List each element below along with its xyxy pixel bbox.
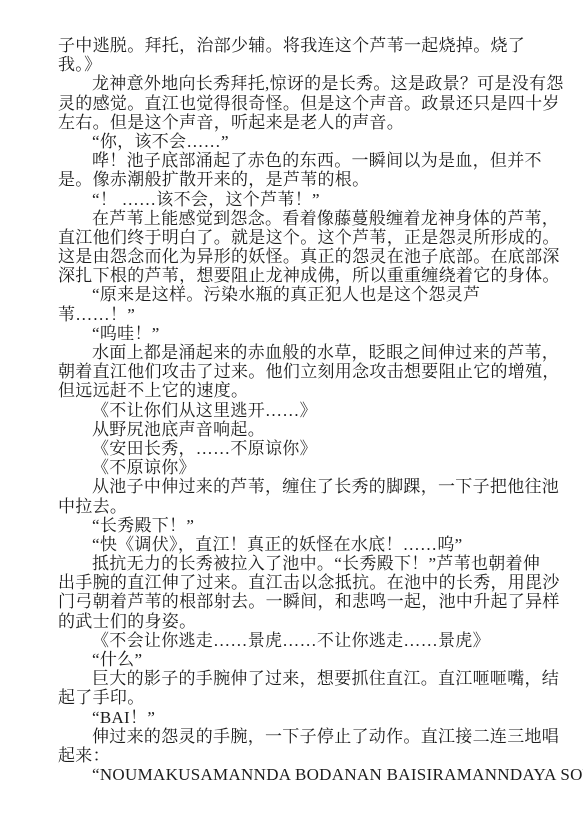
text-line: 直江他们终于明白了。就是这个。这个芦苇，正是怨灵所形成的。 [58,228,540,247]
text-line: 的武士们的身姿。 [58,612,540,631]
text-line: “！ ……该不会，这个芦苇！” [58,190,540,209]
text-line: 龙神意外地向长秀拜托,惊讶的是长秀。这是政景？可是没有怨 [58,74,540,93]
text-line: 水面上都是涌起来的赤血般的水草，眨眼之间伸过来的芦苇， [58,343,540,362]
text-line: 我。》 [58,55,540,74]
text-line: 这是由怨念而化为异形的妖怪。真正的怨灵在池子底部。在底部深 [58,247,540,266]
text-line: “原来是这样。污染水瓶的真正犯人也是这个怨灵芦 [58,285,540,304]
text-line: “你，该不会……” [58,132,540,151]
text-line: 抵抗无力的长秀被拉入了池中。“长秀殿下！”芦苇也朝着伸 [58,554,540,573]
text-line: 门弓朝着芦苇的根部射去。一瞬间，和悲鸣一起，池中升起了异样 [58,592,540,611]
text-line: 起来： [58,746,540,765]
text-line: 哗！池子底部涌起了赤色的东西。一瞬间以为是血，但并不 [58,151,540,170]
text-line: 是。像赤潮般扩散开来的，是芦苇的根。 [58,170,540,189]
text-line: 深扎下根的芦苇，想要阻止龙神成佛，所以重重缠绕着它的身体。 [58,266,540,285]
text-line: “什么” [58,650,540,669]
text-line: 从野尻池底声音响起。 [58,420,540,439]
text-line: “NOUMAKUSAMANNDA BODANAN BAISIRAMANNDAYA… [58,765,540,784]
text-line: 子中逃脱。拜托，治部少辅。将我连这个芦苇一起烧掉。烧了 [58,36,540,55]
text-line: 《不会让你逃走……景虎……不让你逃走……景虎》 [58,631,540,650]
text-line: 《不让你们从这里逃开……》 [58,401,540,420]
text-line: 起了手印。 [58,688,540,707]
text-line: 《安田长秀，……不原谅你》 [58,439,540,458]
text-line: 灵的感觉。直江也觉得很奇怪。但是这个声音。政景还只是四十岁 [58,94,540,113]
text-line: 但远远赶不上它的速度。 [58,381,540,400]
text-line: 在芦苇上能感觉到怨念。看着像藤蔓般缠着龙神身体的芦苇， [58,209,540,228]
text-line: 中拉去。 [58,497,540,516]
text-line: 巨大的影子的手腕伸了过来，想要抓住直江。直江咂咂嘴，结 [58,669,540,688]
text-line: 朝着直江他们攻击了过来。他们立刻用念攻击想要阻止它的增殖， [58,362,540,381]
story-text: 子中逃脱。拜托，治部少辅。将我连这个芦苇一起烧掉。烧了我。》龙神意外地向长秀拜托… [58,36,540,784]
text-line: 苇……！” [58,305,540,324]
text-line: “快《调伏》，直江！真正的妖怪在水底！……呜” [58,535,540,554]
text-line: 左右。但是这个声音，听起来是老人的声音。 [58,113,540,132]
text-line: “呜哇！” [58,324,540,343]
text-line: “长秀殿下！” [58,516,540,535]
text-line: 《不原谅你》 [58,458,540,477]
text-line: 出手腕的直江伸了过来。直江击以念抵抗。在池中的长秀，用毘沙 [58,573,540,592]
text-line: 伸过来的怨灵的手腕，一下子停止了动作。直江接二连三地唱 [58,727,540,746]
text-line: “BAI！” [58,708,540,727]
novel-page: 子中逃脱。拜托，治部少辅。将我连这个芦苇一起烧掉。烧了我。》龙神意外地向长秀拜托… [0,0,583,828]
text-line: 从池子中伸过来的芦苇，缠住了长秀的脚踝，一下子把他往池 [58,477,540,496]
